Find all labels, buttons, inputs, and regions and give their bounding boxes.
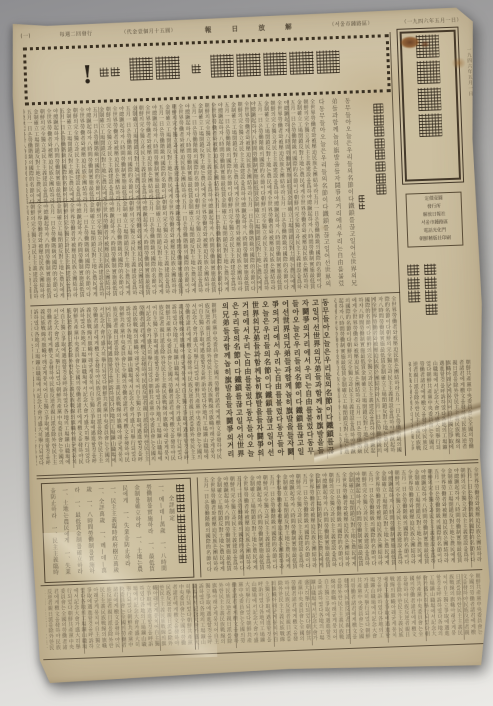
poem-body-block: 동무들아오늘은우리들의名節이다鐵鎖를끊고일어선世界의兄弟들과함께놉히旗발을들자鬪…: [220, 298, 336, 462]
body-band-b-right: 全世界勞働者와被壓迫民族은團結하라五月一日은勞働階級의國際的名節이다朝鮮의完全獨…: [334, 296, 402, 458]
poem-title: 메—데—를際하야: [371, 102, 390, 252]
photo-background: (一) 每週二回發行 （代金壹個月十五圓） 報 日 放 解 （서울市鍾路區） （…: [0, 0, 493, 706]
banner-neun: 는: [191, 64, 202, 77]
slogans-headline: 메—데—스로—간: [174, 483, 190, 575]
body-band-d: 朝鮮共產黨中央委員會는全國의勞働者諸君에게檄文을發하야民族反逆者親日派를除外한民…: [45, 573, 483, 655]
commemorative-issue-label: 메—데—記念號: [405, 262, 441, 321]
slogans-list: 一、메—데—萬歲 一、八時間勞働制를實施하라 一、最低賃金制를確立하라 一、土地…: [45, 484, 169, 580]
publication-frequency: 每週二回發行: [59, 29, 92, 37]
subscription-price: （代金壹個月十五圓）: [121, 26, 176, 35]
masthead-title: 解放日報: [411, 32, 449, 179]
body-under-masthead: 朝鮮共產黨中央委員會는全國의勞働者諸君에게檄文을發하야民族反逆者親日派를除外한民…: [409, 359, 474, 455]
band-c-divider: [197, 477, 202, 577]
running-title-rtl: 報 日 放 解: [205, 21, 301, 34]
body-band-c: 全世界勞働者와被壓迫民族은團結하라五月一日은勞働階級의國際的名節이다朝鮮의完全獨…: [203, 467, 482, 577]
body-band-b-left: 朝鮮共產黨中央委員會는全國의勞働者諸君에게檄文을發하야民族反逆者親日派를除外한民…: [30, 303, 222, 470]
banner-hara: 하라: [99, 67, 120, 80]
printer-line: 朝鮮精版社印刷: [410, 235, 460, 245]
issue-date: （一九四六年五月一日）: [401, 16, 462, 25]
poem-opening-lines: 동무들아오늘은우리들의名節이다鐵鎖를끊고일어선世界의兄弟들과함께놉히旗발을들자鬪…: [317, 97, 360, 290]
banner-exclamation: !: [82, 60, 94, 89]
banner-gyeoldan: 結團: [127, 55, 181, 88]
newspaper-paper: (一) 每週二回發行 （代金壹個月十五圓） 報 日 放 解 （서울市鍾路區） （…: [10, 7, 493, 684]
poem-author: 林和: [358, 195, 368, 225]
banner-headline-box: ! 하라 結團 는 者働勞國萬: [23, 34, 391, 105]
slogans-box: 메—데—스로—간 全評制定 一、메—데—萬歲 一、八時間勞働制를實施하라 一、最…: [41, 478, 195, 583]
publisher-info-box: 定價壹圓 發行所 解放日報社 서울市鍾路區 電話光化門 朝鮮精版社印刷: [405, 192, 463, 248]
page-number: (一): [20, 32, 31, 39]
masthead-column: 解放日報 定價壹圓 發行所 解放日報社 서울市鍾路區 電話光化門 朝鮮精版社印刷…: [397, 30, 470, 322]
poem-head-block: 메—데—를際하야 林和 동무들아오늘은우리들의名節이다鐵鎖를끊고일어선世界의兄弟…: [317, 96, 396, 291]
edge-date-note: 一九四六年五月一日: [463, 47, 476, 177]
newspaper-page: (一) 每週二回發行 （代金壹個月十五圓） 報 日 放 解 （서울市鍾路區） （…: [10, 7, 493, 684]
office-address: （서울市鍾路區）: [329, 19, 373, 28]
masthead-box: 解放日報: [400, 30, 461, 182]
banner-main-rtl: 者働勞國萬: [209, 49, 342, 85]
